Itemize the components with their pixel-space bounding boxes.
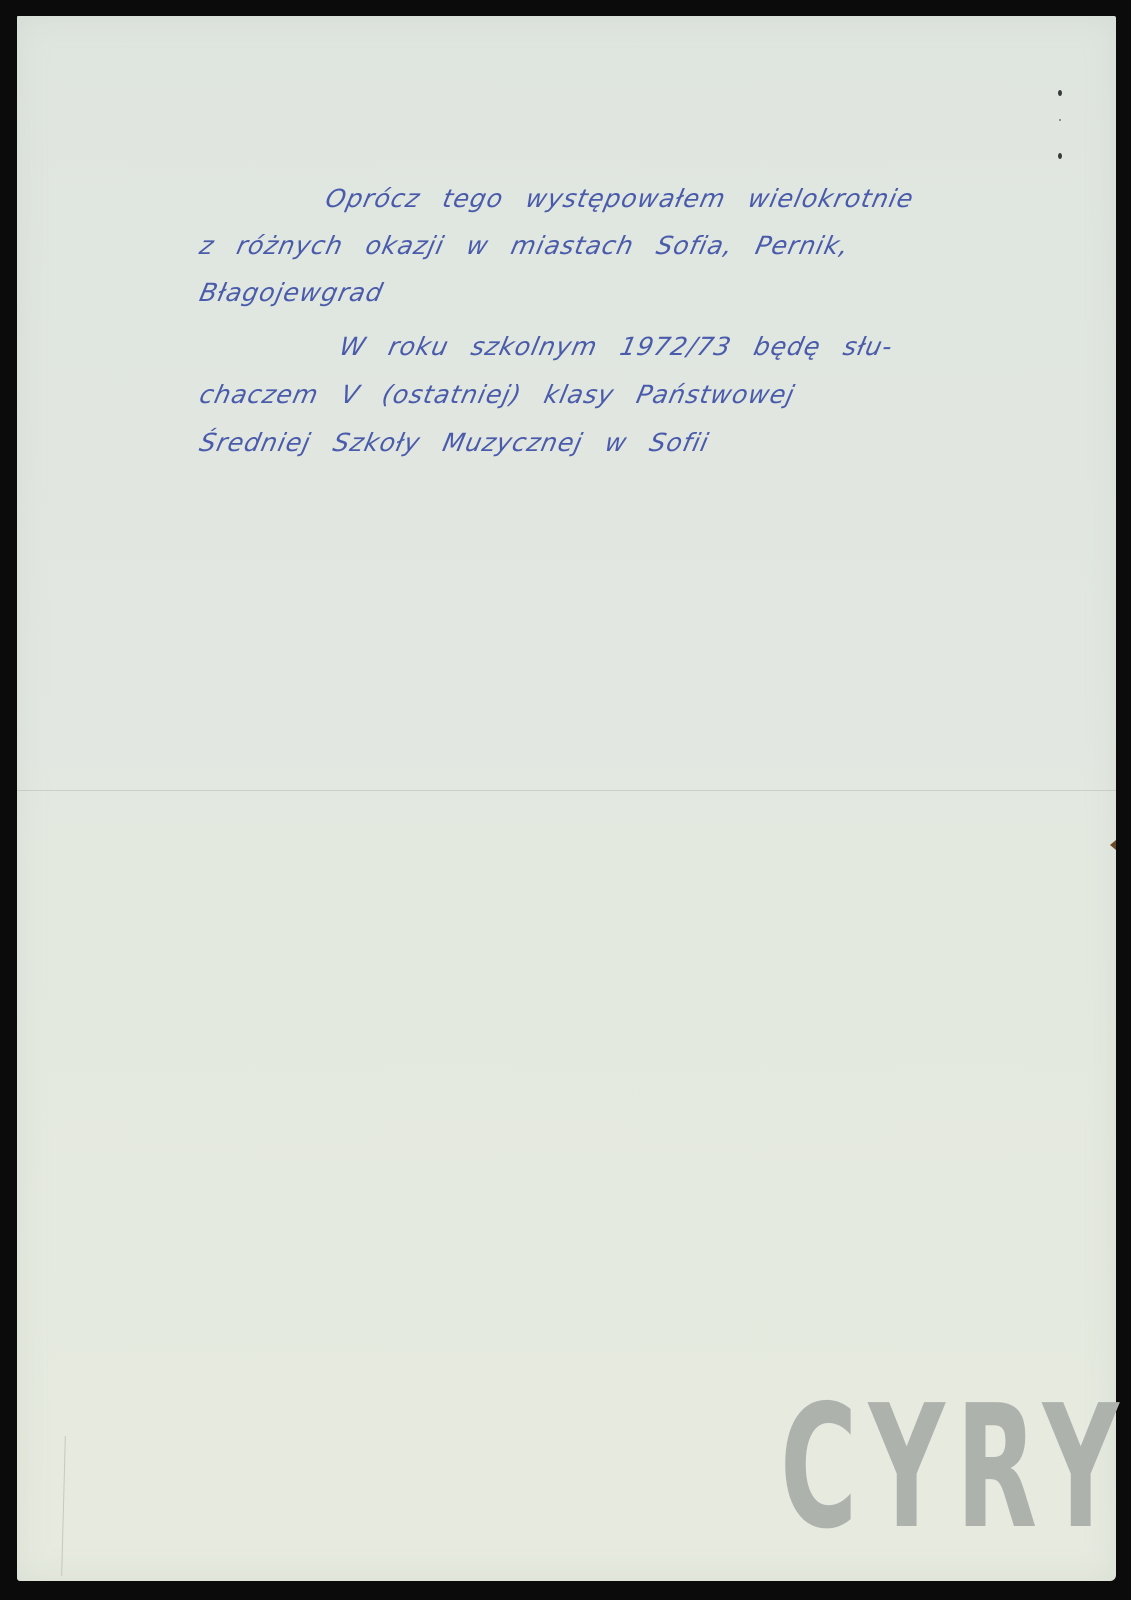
paper-crease xyxy=(61,1436,66,1576)
rust-stain xyxy=(1110,840,1116,850)
scanned-document: Oprócz tego występowałem wielokrotnie z … xyxy=(0,0,1131,1600)
text-line-4: W roku szkolnym 1972/73 będę słu- xyxy=(337,332,896,361)
text-line-1: Oprócz tego występowałem wielokrotnie xyxy=(323,184,917,213)
punch-hole-mark xyxy=(1058,90,1062,96)
text-line-5: chaczem V (ostatniej) klasy Państwowej xyxy=(197,380,798,409)
text-line-6: Średniej Szkoły Muzycznej w Sofii xyxy=(197,428,712,457)
text-line-2: z różnych okazji w miastach Sofia, Perni… xyxy=(197,231,852,260)
fold-line xyxy=(17,790,1116,791)
punch-hole-mark xyxy=(1058,153,1062,159)
text-line-3: Błagojewgrad xyxy=(197,278,386,307)
punch-hole-mark xyxy=(1059,119,1061,121)
paper-sheet: Oprócz tego występowałem wielokrotnie z … xyxy=(17,16,1116,1581)
cyryl-watermark-logo: CYRYL xyxy=(780,1396,1131,1540)
